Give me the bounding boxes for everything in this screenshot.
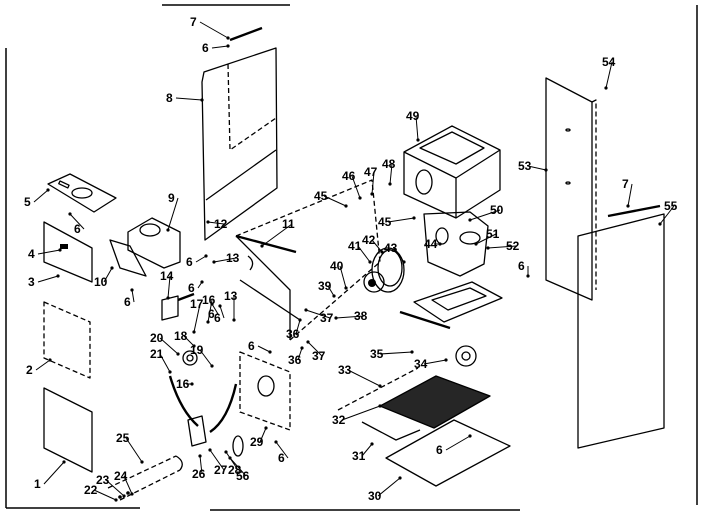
leader-line	[258, 346, 270, 352]
arrow-head-icon	[208, 448, 211, 451]
arrow-head-icon	[122, 494, 125, 497]
arrow-head-icon	[344, 204, 347, 207]
part-callout-17: 17	[190, 297, 204, 311]
top-strip-part-7	[230, 28, 262, 40]
part-callout-4: 4	[28, 247, 35, 261]
part-callout-6: 6	[518, 259, 525, 273]
part-callout-12: 12	[214, 217, 228, 231]
part-callout-36: 36	[288, 353, 302, 367]
part-callout-9: 9	[168, 191, 175, 205]
arrow-head-icon	[264, 426, 267, 429]
junction-box-part-9	[128, 218, 180, 268]
part-callout-2: 2	[26, 363, 33, 377]
arrow-head-icon	[658, 222, 661, 225]
arrow-head-icon	[206, 220, 209, 223]
part-callout-10: 10	[94, 275, 108, 289]
part-callout-48: 48	[382, 157, 396, 171]
part-callout-13: 13	[224, 289, 238, 303]
arrow-head-icon	[304, 308, 307, 311]
side-panel-part-8	[202, 48, 277, 240]
arrow-head-icon	[198, 454, 201, 457]
front-plate-part-29	[240, 352, 290, 430]
arrow-head-icon	[300, 346, 303, 349]
arrow-head-icon	[232, 318, 235, 321]
part-callout-33: 33	[338, 363, 352, 377]
part-callout-8: 8	[166, 91, 173, 105]
leader-line	[196, 256, 206, 262]
part-callout-45: 45	[314, 189, 328, 203]
arrow-head-icon	[368, 260, 371, 263]
part-callout-23: 23	[96, 473, 110, 487]
arrow-head-icon	[212, 260, 215, 263]
arrow-head-icon	[58, 248, 61, 251]
part-callout-31: 31	[352, 449, 366, 463]
part-callout-55: 55	[664, 199, 678, 213]
part-callout-7: 7	[622, 177, 629, 191]
part-callout-5: 5	[24, 195, 31, 209]
part-callout-6: 6	[436, 443, 443, 457]
arrow-head-icon	[166, 228, 169, 231]
arrow-head-icon	[332, 294, 335, 297]
leader-line	[380, 352, 412, 354]
part-callout-45: 45	[378, 215, 392, 229]
side-panel-part-53	[546, 78, 596, 300]
arrow-head-icon	[468, 218, 471, 221]
arrow-head-icon	[306, 340, 309, 343]
arrow-head-icon	[62, 460, 65, 463]
arrow-head-icon	[56, 274, 59, 277]
part-callout-6: 6	[188, 281, 195, 295]
leader-line	[342, 406, 380, 420]
arrow-head-icon	[412, 216, 415, 219]
arrow-head-icon	[416, 138, 419, 141]
part-callout-47: 47	[364, 165, 378, 179]
wheel-part-34	[456, 346, 476, 366]
leader-line	[34, 190, 48, 202]
part-callout-24: 24	[114, 469, 128, 483]
arrow-head-icon	[226, 44, 229, 47]
arrow-head-icon	[268, 350, 271, 353]
part-callout-32: 32	[332, 413, 346, 427]
leader-line	[200, 22, 228, 38]
base-pan	[400, 282, 502, 328]
arrow-head-icon	[468, 434, 471, 437]
part-callout-39: 39	[318, 279, 332, 293]
part-callout-40: 40	[330, 259, 344, 273]
part-callout-27: 27	[214, 463, 228, 477]
arrow-head-icon	[378, 384, 381, 387]
arrow-head-icon	[140, 460, 143, 463]
arrow-head-icon	[110, 266, 113, 269]
part-callout-13: 13	[226, 251, 240, 265]
leader-line	[38, 276, 58, 282]
leader-line	[212, 46, 228, 48]
arrow-head-icon	[218, 304, 221, 307]
part-callout-29: 29	[250, 435, 264, 449]
part-callout-50: 50	[490, 203, 504, 217]
part-callout-6: 6	[278, 451, 285, 465]
arrow-head-icon	[130, 492, 133, 495]
part-callout-56: 56	[236, 469, 250, 483]
part-callout-20: 20	[150, 331, 164, 345]
part-callout-7: 7	[190, 15, 197, 29]
top-plate-part-5	[48, 174, 116, 212]
part-callout-1: 1	[34, 477, 41, 491]
part-callout-6: 6	[202, 41, 209, 55]
part-callout-16: 16	[202, 293, 216, 307]
arrow-head-icon	[410, 350, 413, 353]
arrow-head-icon	[334, 316, 337, 319]
part-callout-54: 54	[602, 55, 616, 69]
part-callout-6: 6	[214, 311, 221, 325]
page-frame	[6, 5, 697, 510]
part-callout-49: 49	[406, 109, 420, 123]
part-callout-46: 46	[342, 169, 356, 183]
arrow-head-icon	[526, 274, 529, 277]
arrow-head-icon	[226, 36, 229, 39]
filter-part-32	[380, 376, 490, 428]
arrow-head-icon	[398, 476, 401, 479]
leader-line	[388, 218, 414, 222]
part-callout-52: 52	[506, 239, 520, 253]
arrow-head-icon	[260, 244, 263, 247]
leader-line	[132, 290, 134, 302]
part-callout-6: 6	[186, 255, 193, 269]
part-callout-43: 43	[384, 241, 398, 255]
arrow-head-icon	[358, 196, 361, 199]
part-callout-18: 18	[174, 329, 188, 343]
arrow-head-icon	[68, 212, 71, 215]
leader-line	[36, 360, 50, 370]
part-callout-6: 6	[74, 222, 81, 236]
parts-diagram: 1234566666666666778910111213131416161718…	[0, 0, 704, 516]
arrow-head-icon	[438, 242, 441, 245]
part-callout-42: 42	[362, 233, 376, 247]
arrow-head-icon	[210, 364, 213, 367]
arrow-head-icon	[402, 260, 405, 263]
front-panel-part-55	[578, 214, 664, 448]
filter-frame-part-31	[362, 422, 420, 440]
arrow-head-icon	[48, 358, 51, 361]
part-callout-11: 11	[282, 217, 295, 231]
part-callout-30: 30	[368, 489, 382, 503]
part-callout-26: 26	[192, 467, 206, 481]
arrow-head-icon	[190, 382, 193, 385]
arrow-head-icon	[344, 286, 347, 289]
part-callout-19: 19	[190, 343, 204, 357]
part-callout-37: 37	[312, 349, 326, 363]
part-callout-16: 16	[176, 377, 190, 391]
panel-part-2	[44, 302, 90, 378]
part-callout-25: 25	[116, 431, 130, 445]
arrow-head-icon	[168, 370, 171, 373]
arrow-head-icon	[370, 192, 373, 195]
arrow-head-icon	[604, 86, 607, 89]
ring-part-56	[233, 436, 243, 456]
arrow-head-icon	[228, 456, 231, 459]
arrow-head-icon	[114, 498, 117, 501]
part-callout-6: 6	[124, 295, 131, 309]
arrow-head-icon	[166, 296, 169, 299]
leader-line	[38, 250, 60, 254]
leader-line	[446, 436, 470, 450]
arrow-head-icon	[298, 318, 301, 321]
arrow-head-icon	[224, 450, 227, 453]
arrow-head-icon	[274, 440, 277, 443]
cover-plate-part-10	[110, 240, 146, 276]
strip-part-7-right	[608, 206, 660, 216]
arrow-head-icon	[200, 98, 203, 101]
arrow-head-icon	[200, 280, 203, 283]
part-callout-44: 44	[424, 237, 438, 251]
part-callout-53: 53	[518, 159, 532, 173]
arrow-head-icon	[544, 168, 547, 171]
arrow-head-icon	[46, 188, 49, 191]
arrow-head-icon	[204, 254, 207, 257]
arrow-head-icon	[378, 404, 381, 407]
arrow-head-icon	[486, 246, 489, 249]
arrow-head-icon	[474, 242, 477, 245]
door-panel-part-1	[44, 388, 92, 472]
bottom-panel-part-30	[386, 420, 510, 486]
part-callout-34: 34	[414, 357, 428, 371]
part-callout-14: 14	[160, 269, 174, 283]
arrow-head-icon	[444, 358, 447, 361]
part-callout-41: 41	[348, 239, 362, 253]
part-callout-3: 3	[28, 275, 35, 289]
part-callout-21: 21	[150, 347, 164, 361]
part-callout-6: 6	[208, 307, 215, 321]
leader-line	[348, 370, 380, 386]
arrow-head-icon	[388, 182, 391, 185]
part-callout-35: 35	[370, 347, 384, 361]
arrow-head-icon	[130, 288, 133, 291]
arrow-head-icon	[626, 204, 629, 207]
arrow-head-icon	[176, 352, 179, 355]
arrow-head-icon	[192, 330, 195, 333]
part-callout-51: 51	[486, 227, 500, 241]
callout-labels: 1234566666666666778910111213131416161718…	[24, 15, 678, 503]
leader-line	[44, 462, 64, 484]
leader-line	[176, 98, 202, 100]
arrow-head-icon	[370, 442, 373, 445]
part-callout-6: 6	[248, 339, 255, 353]
part-callout-36: 36	[286, 327, 300, 341]
part-callout-37: 37	[320, 311, 334, 325]
part-callout-38: 38	[354, 309, 368, 323]
